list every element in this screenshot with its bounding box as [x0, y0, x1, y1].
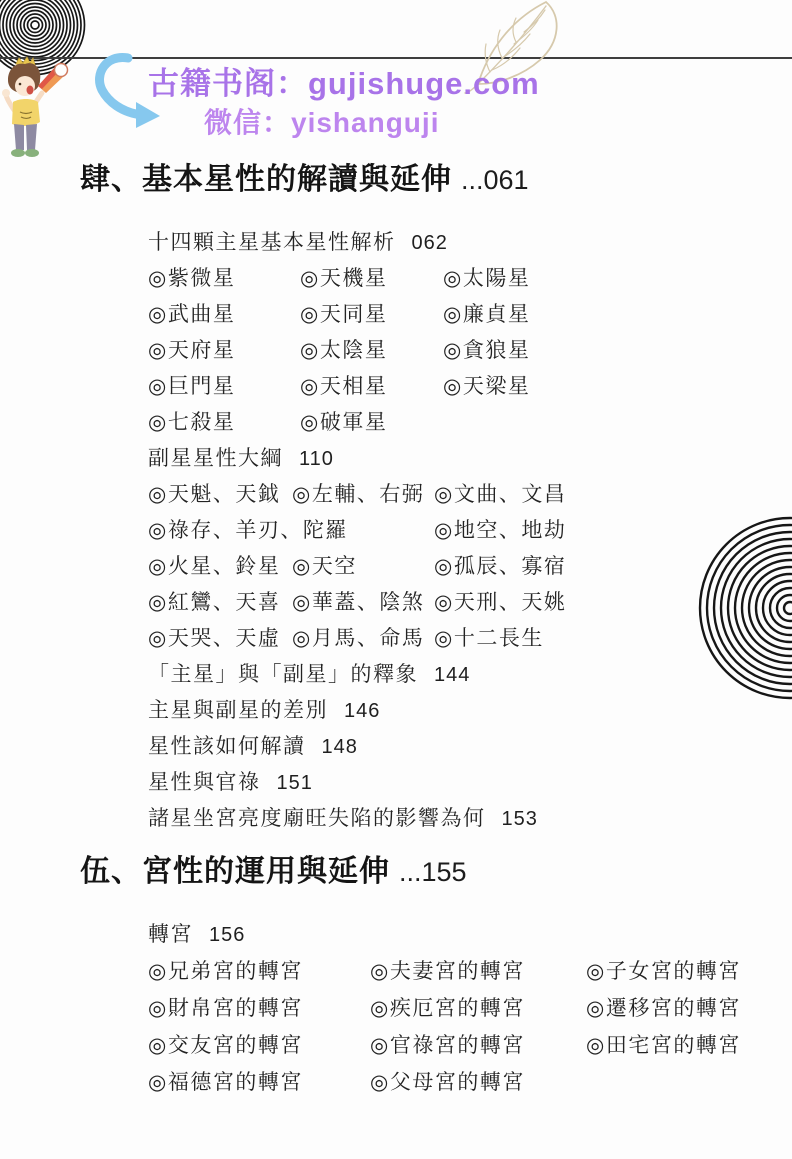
toc-item: ◎子女宮的轉宮 — [586, 953, 748, 990]
toc-item: ◎華蓋、陰煞 — [292, 584, 434, 620]
toc-item: ◎天哭、天虛 — [148, 620, 292, 656]
section5-title: 伍、宮性的運用與延伸 — [80, 855, 390, 888]
entry-label: 星性與官祿 — [148, 770, 261, 794]
subheading-page: 110 — [299, 448, 334, 470]
toc-item: ◎十二長生 — [434, 620, 748, 656]
toc-item: ◎交友宮的轉宮 — [148, 1027, 370, 1064]
toc-item: ◎紅鸞、天喜 — [148, 584, 292, 620]
star-row: ◎巨門星◎天相星◎天梁星 — [148, 368, 748, 404]
substar-row: ◎祿存、羊刃、陀羅◎地空、地劫 — [148, 512, 748, 548]
toc-item: ◎巨門星 — [148, 368, 300, 404]
toc-item — [586, 1064, 748, 1101]
entry-page: 144 — [434, 664, 470, 686]
section5-page: ...155 — [399, 857, 467, 887]
section4-heading: 肆、基本星性的解讀與延伸...061 — [80, 154, 529, 198]
star-row: ◎天府星◎太陰星◎貪狼星 — [148, 332, 748, 368]
toc-item: ◎天相星 — [300, 368, 443, 404]
star-row: ◎七殺星◎破軍星 — [148, 404, 748, 440]
toc-item: ◎孤辰、寡宿 — [434, 548, 748, 584]
toc-entry: 星性與官祿151 — [148, 764, 748, 800]
substar-row: ◎天魁、天鉞◎左輔、右弼◎文曲、文昌 — [148, 476, 748, 512]
palace-row: ◎財帛宮的轉宮◎疾厄宮的轉宮◎遷移宮的轉宮 — [148, 990, 748, 1027]
palace-row: ◎交友宮的轉宮◎官祿宮的轉宮◎田宅宮的轉宮 — [148, 1027, 748, 1064]
toc-item: ◎父母宮的轉宮 — [370, 1064, 586, 1101]
toc-item: ◎七殺星 — [148, 404, 300, 440]
subheading-label: 轉宮 — [148, 922, 193, 946]
toc-item: ◎天府星 — [148, 332, 300, 368]
toc-item: ◎遷移宮的轉宮 — [586, 990, 748, 1027]
entry-label: 星性該如何解讀 — [148, 734, 306, 758]
toc-item — [443, 404, 748, 440]
watermark-site: 古籍书阁：gujishuge.com — [148, 58, 540, 103]
palace-row: ◎兄弟宮的轉宮◎夫妻宮的轉宮◎子女宮的轉宮 — [148, 953, 748, 990]
toc-item: ◎夫妻宮的轉宮 — [370, 953, 586, 990]
entry-page: 151 — [277, 772, 313, 794]
entry-page: 153 — [502, 808, 538, 830]
section4-page: ...061 — [461, 165, 529, 195]
entry-label: 諸星坐宮亮度廟旺失陷的影響為何 — [148, 806, 486, 830]
entry-label: 主星與副星的差別 — [148, 698, 328, 722]
section4-toc-block: 十四顆主星基本星性解析062 ◎紫微星◎天機星◎太陽星 ◎武曲星◎天同星◎廉貞星… — [148, 224, 748, 836]
toc-item: ◎破軍星 — [300, 404, 443, 440]
star-row: ◎紫微星◎天機星◎太陽星 — [148, 260, 748, 296]
toc-item: ◎廉貞星 — [443, 296, 748, 332]
subheading-label: 副星星性大綱 — [148, 446, 283, 470]
toc-entry: 主星與副星的差別146 — [148, 692, 748, 728]
toc-entry: 諸星坐宮亮度廟旺失陷的影響為何153 — [148, 800, 748, 836]
substar-row: ◎天哭、天虛◎月馬、命馬◎十二長生 — [148, 620, 748, 656]
toc-entry: 「主星」與「副星」的釋象144 — [148, 656, 748, 692]
toc-subheading: 十四顆主星基本星性解析062 — [148, 224, 748, 260]
toc-item: ◎火星、鈴星 — [148, 548, 292, 584]
subheading-label: 十四顆主星基本星性解析 — [148, 230, 396, 254]
section5-heading: 伍、宮性的運用與延伸...155 — [80, 846, 467, 890]
watermark-wechat: 微信：yishanguji — [204, 101, 439, 141]
toc-item: ◎地空、地劫 — [434, 512, 748, 548]
toc-item: ◎天空 — [292, 548, 434, 584]
entry-page: 146 — [344, 700, 380, 722]
toc-item: ◎天魁、天鉞 — [148, 476, 292, 512]
toc-item: ◎財帛宮的轉宮 — [148, 990, 370, 1027]
toc-item: ◎天同星 — [300, 296, 443, 332]
toc-item: ◎文曲、文昌 — [434, 476, 748, 512]
toc-subheading: 轉宮156 — [148, 916, 748, 953]
subheading-page: 062 — [412, 232, 448, 254]
toc-item: ◎天梁星 — [443, 368, 748, 404]
toc-item — [292, 512, 434, 548]
toc-entry: 星性該如何解讀148 — [148, 728, 748, 764]
toc-item: ◎月馬、命馬 — [292, 620, 434, 656]
entry-label: 「主星」與「副星」的釋象 — [148, 662, 418, 686]
toc-item: ◎太陰星 — [300, 332, 443, 368]
toc-subheading: 副星星性大綱110 — [148, 440, 748, 476]
toc-item: ◎武曲星 — [148, 296, 300, 332]
section4-title: 肆、基本星性的解讀與延伸 — [80, 163, 452, 196]
toc-item: ◎紫微星 — [148, 260, 300, 296]
toc-item: ◎兄弟宮的轉宮 — [148, 953, 370, 990]
toc-item: ◎福德宮的轉宮 — [148, 1064, 370, 1101]
subheading-page: 156 — [209, 924, 245, 946]
toc-item: ◎天刑、天姚 — [434, 584, 748, 620]
toc-item: ◎田宅宮的轉宮 — [586, 1027, 748, 1064]
toc-item: ◎天機星 — [300, 260, 443, 296]
substar-row: ◎紅鸞、天喜◎華蓋、陰煞◎天刑、天姚 — [148, 584, 748, 620]
palace-row: ◎福德宮的轉宮◎父母宮的轉宮 — [148, 1064, 748, 1101]
toc-item: ◎太陽星 — [443, 260, 748, 296]
mascot-boy-megaphone — [0, 50, 72, 167]
star-row: ◎武曲星◎天同星◎廉貞星 — [148, 296, 748, 332]
toc-item: ◎貪狼星 — [443, 332, 748, 368]
toc-item: ◎官祿宮的轉宮 — [370, 1027, 586, 1064]
toc-item: ◎疾厄宮的轉宮 — [370, 990, 586, 1027]
section5-toc-block: 轉宮156 ◎兄弟宮的轉宮◎夫妻宮的轉宮◎子女宮的轉宮 ◎財帛宮的轉宮◎疾厄宮的… — [148, 916, 748, 1101]
toc-item: ◎祿存、羊刃、陀羅 — [148, 512, 292, 548]
entry-page: 148 — [322, 736, 358, 758]
substar-row: ◎火星、鈴星◎天空◎孤辰、寡宿 — [148, 548, 748, 584]
toc-item: ◎左輔、右弼 — [292, 476, 434, 512]
